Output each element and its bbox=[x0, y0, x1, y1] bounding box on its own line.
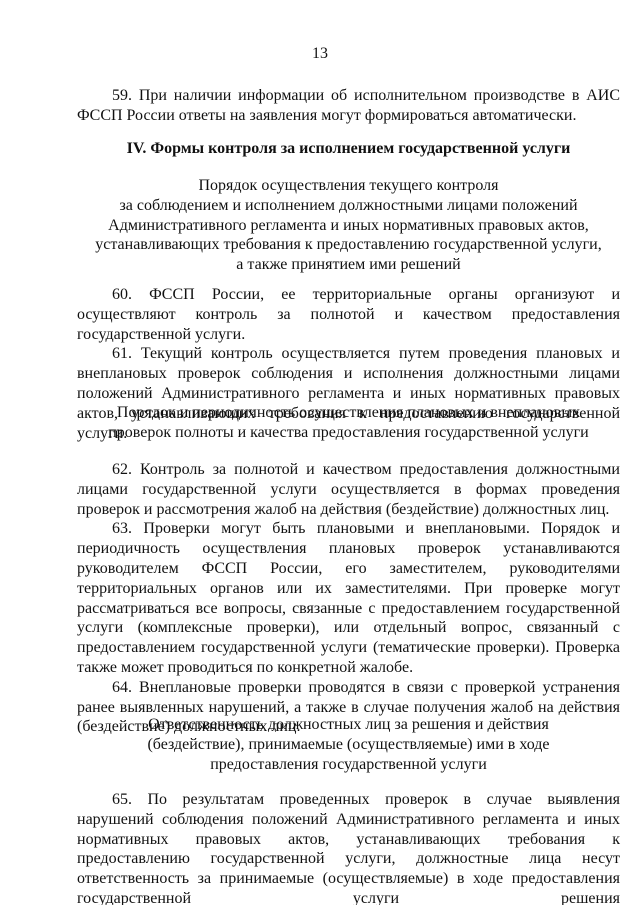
paragraph-65: 65. По результатам проведенных проверок … bbox=[77, 790, 620, 905]
subheading-line: (бездействие), принимаемые (осуществляем… bbox=[77, 735, 620, 755]
paragraph-59: 59. При наличии информации об исполнител… bbox=[77, 86, 620, 126]
paragraph-60: 60. ФССП России, ее территориальные орга… bbox=[77, 285, 620, 344]
document-page: 13 59. При наличии информации об исполни… bbox=[0, 0, 640, 905]
subheading-line: проверок полноты и качества предоставлен… bbox=[77, 423, 620, 443]
paragraph-62: 62. Контроль за полнотой и качеством пре… bbox=[77, 460, 620, 519]
subheading-periodicity: Порядок и периодичность осуществления пл… bbox=[77, 403, 620, 443]
paragraphs-62-64-block: 62. Контроль за полнотой и качеством пре… bbox=[77, 460, 620, 737]
paragraph-59-block: 59. При наличии информации об исполнител… bbox=[77, 86, 620, 126]
subheading-line: Порядок осуществления текущего контроля bbox=[77, 176, 620, 196]
subheading-responsibility: Ответственность должностных лиц за решен… bbox=[77, 715, 620, 774]
subheading-line: Порядок и периодичность осуществления пл… bbox=[77, 403, 620, 423]
subheading-line: Ответственность должностных лиц за решен… bbox=[77, 715, 620, 735]
section-title: IV. Формы контроля за исполнением госуда… bbox=[77, 139, 620, 159]
subheading-line: а также принятием ими решений bbox=[77, 255, 620, 275]
subheading-line: Административного регламента и иных норм… bbox=[77, 216, 620, 236]
subheading-line: устанавливающих требования к предоставле… bbox=[77, 235, 620, 255]
page-number: 13 bbox=[0, 44, 640, 64]
paragraph-63: 63. Проверки могут быть плановыми и внеп… bbox=[77, 519, 620, 677]
paragraph-65-block: 65. По результатам проведенных проверок … bbox=[77, 790, 620, 905]
subheading-current-control: Порядок осуществления текущего контроля … bbox=[77, 176, 620, 275]
subheading-line: предоставления государственной услуги bbox=[77, 755, 620, 775]
subheading-line: за соблюдением и исполнением должностным… bbox=[77, 196, 620, 216]
